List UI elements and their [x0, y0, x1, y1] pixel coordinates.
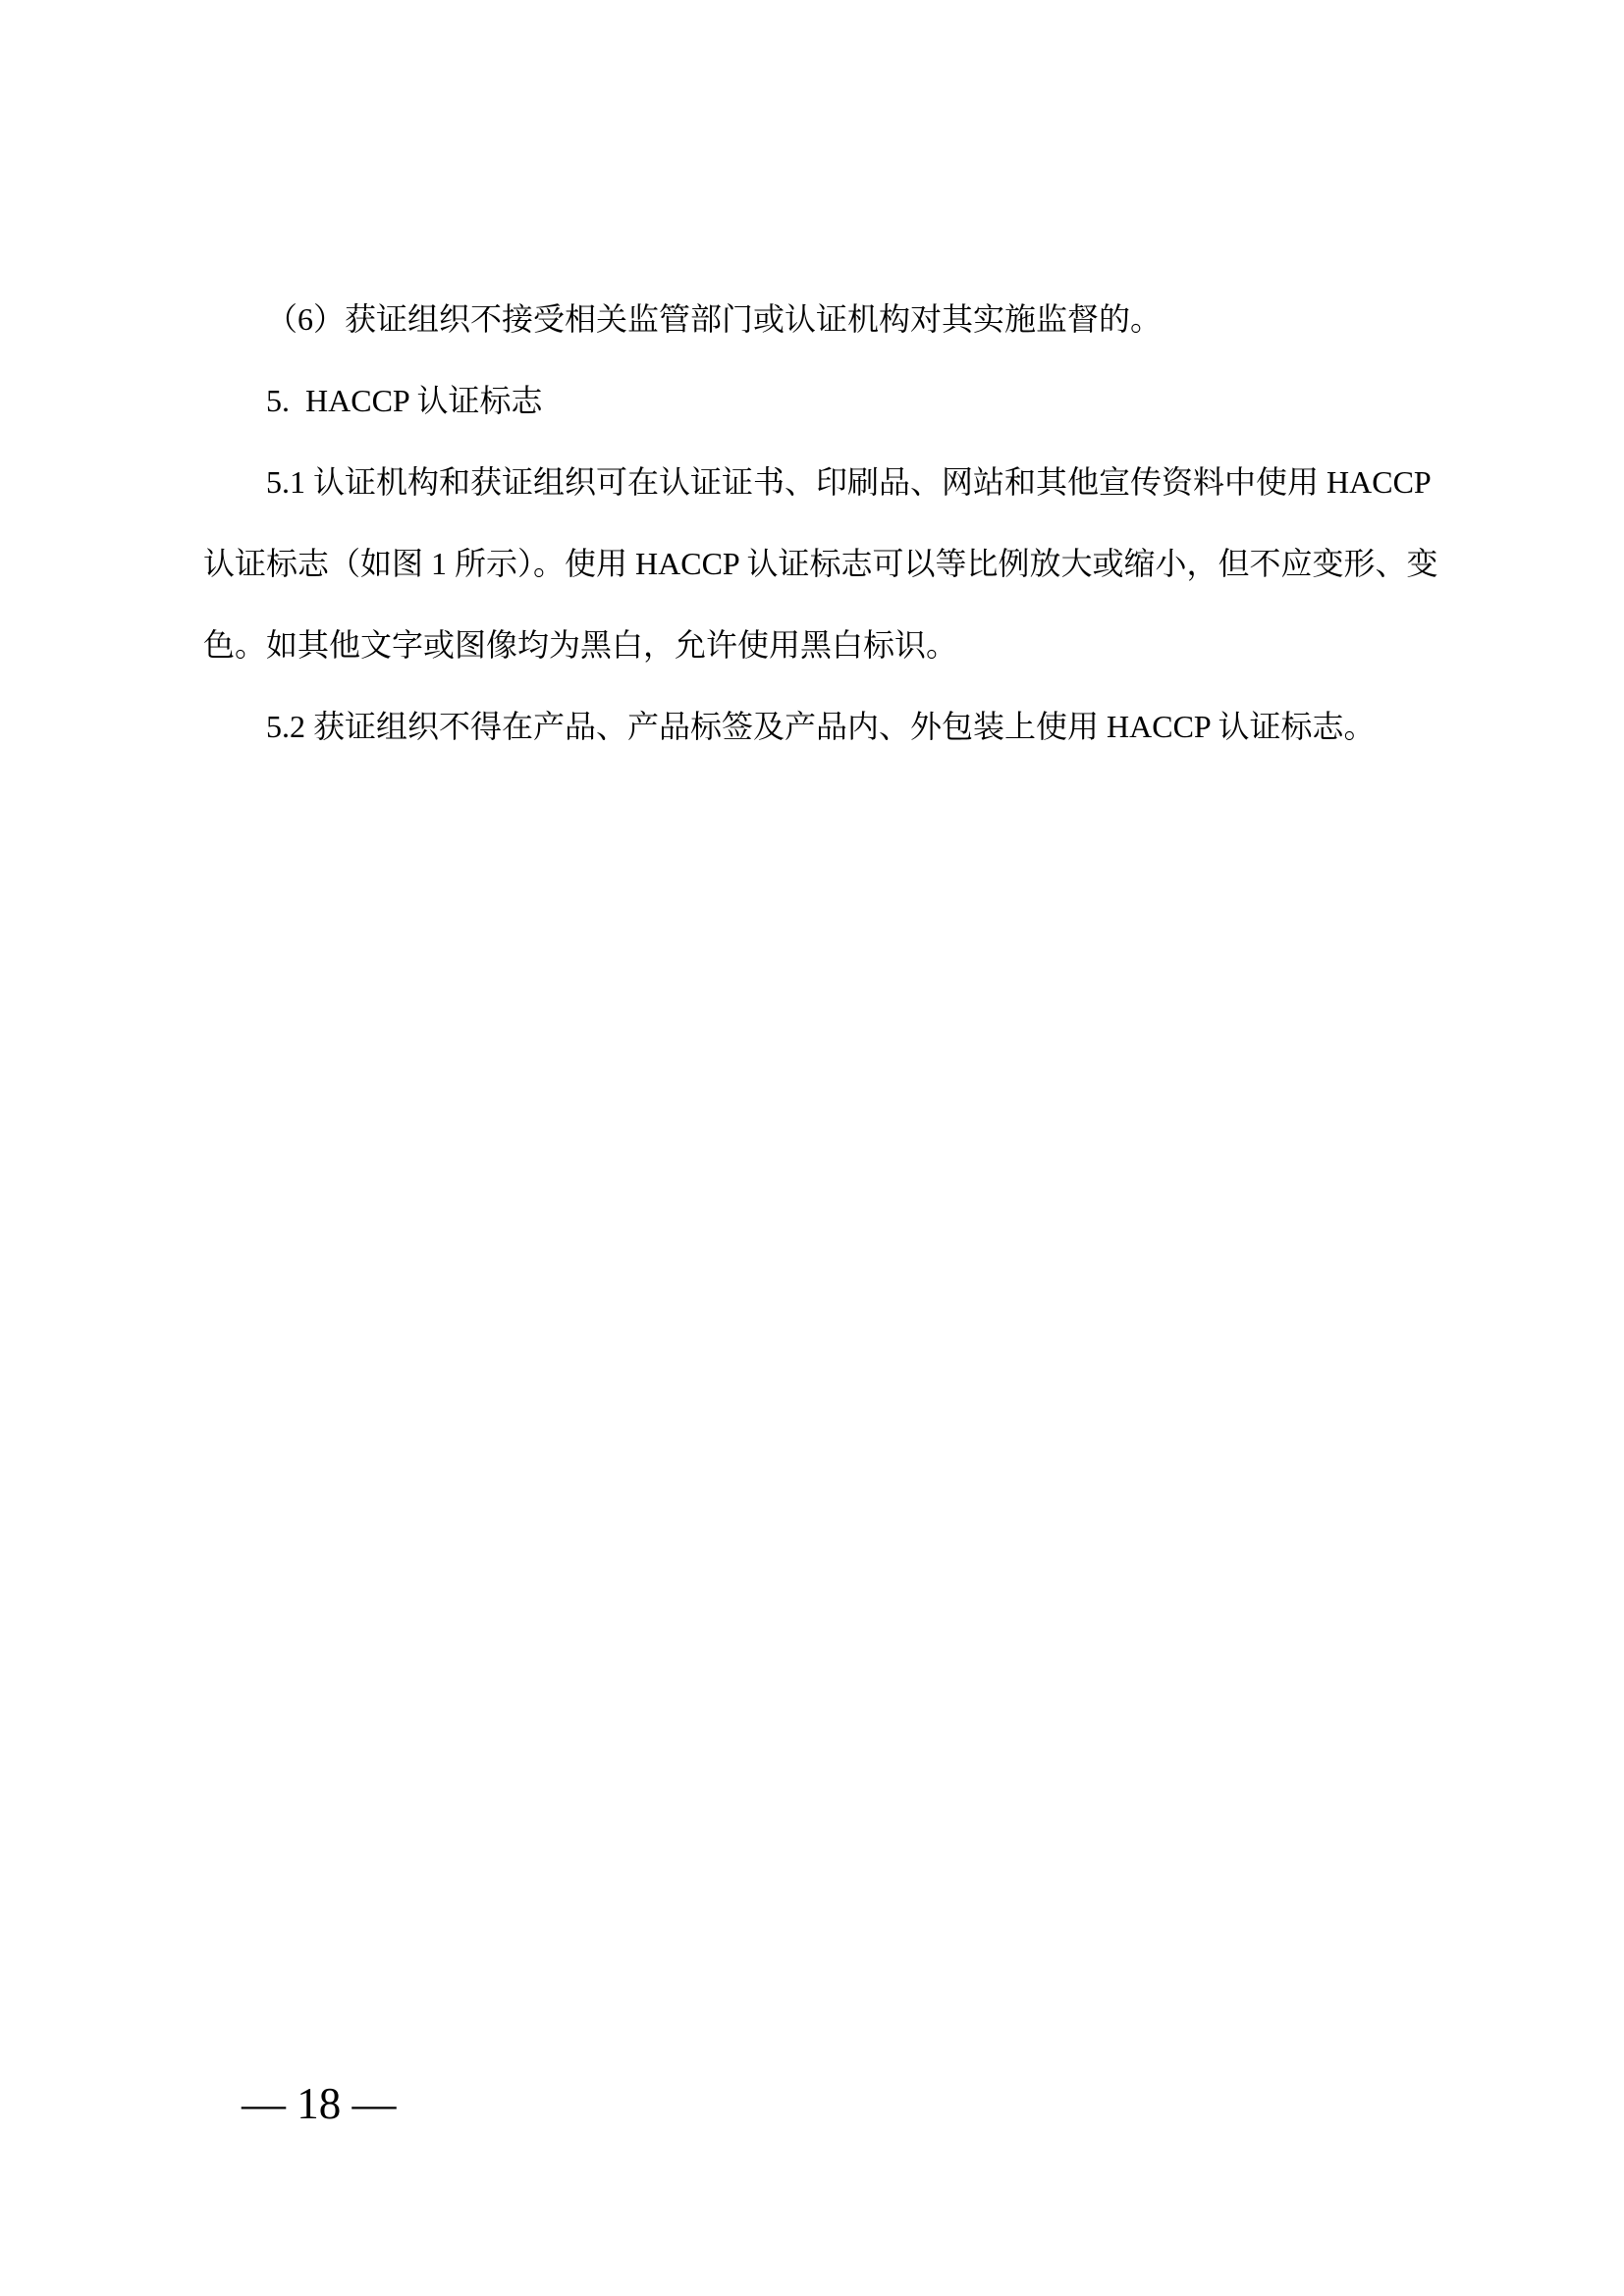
body-line-5-1-cont-1: 认证标志（如图 1 所示）。使用 HACCP 认证标志可以等比例放大或缩小，但不…	[203, 523, 1431, 605]
body-line-heading-5: 5. HACCP 认证标志	[203, 360, 1431, 442]
document-body: （6）获证组织不接受相关监管部门或认证机构对其实施监督的。 5. HACCP 认…	[203, 279, 1431, 768]
body-line-5-2: 5.2 获证组织不得在产品、产品标签及产品内、外包装上使用 HACCP 认证标志…	[203, 686, 1431, 768]
body-line-clause-6: （6）获证组织不接受相关监管部门或认证机构对其实施监督的。	[203, 279, 1431, 360]
page-number: — 18 —	[242, 2079, 397, 2128]
page-footer: — 18 —	[242, 2082, 397, 2126]
document-page: （6）获证组织不接受相关监管部门或认证机构对其实施监督的。 5. HACCP 认…	[0, 0, 1624, 2296]
body-line-5-1-first: 5.1 认证机构和获证组织可在认证证书、印刷品、网站和其他宣传资料中使用 HAC…	[203, 442, 1431, 523]
body-line-5-1-cont-2: 色。如其他文字或图像均为黑白，允许使用黑白标识。	[203, 605, 1431, 686]
